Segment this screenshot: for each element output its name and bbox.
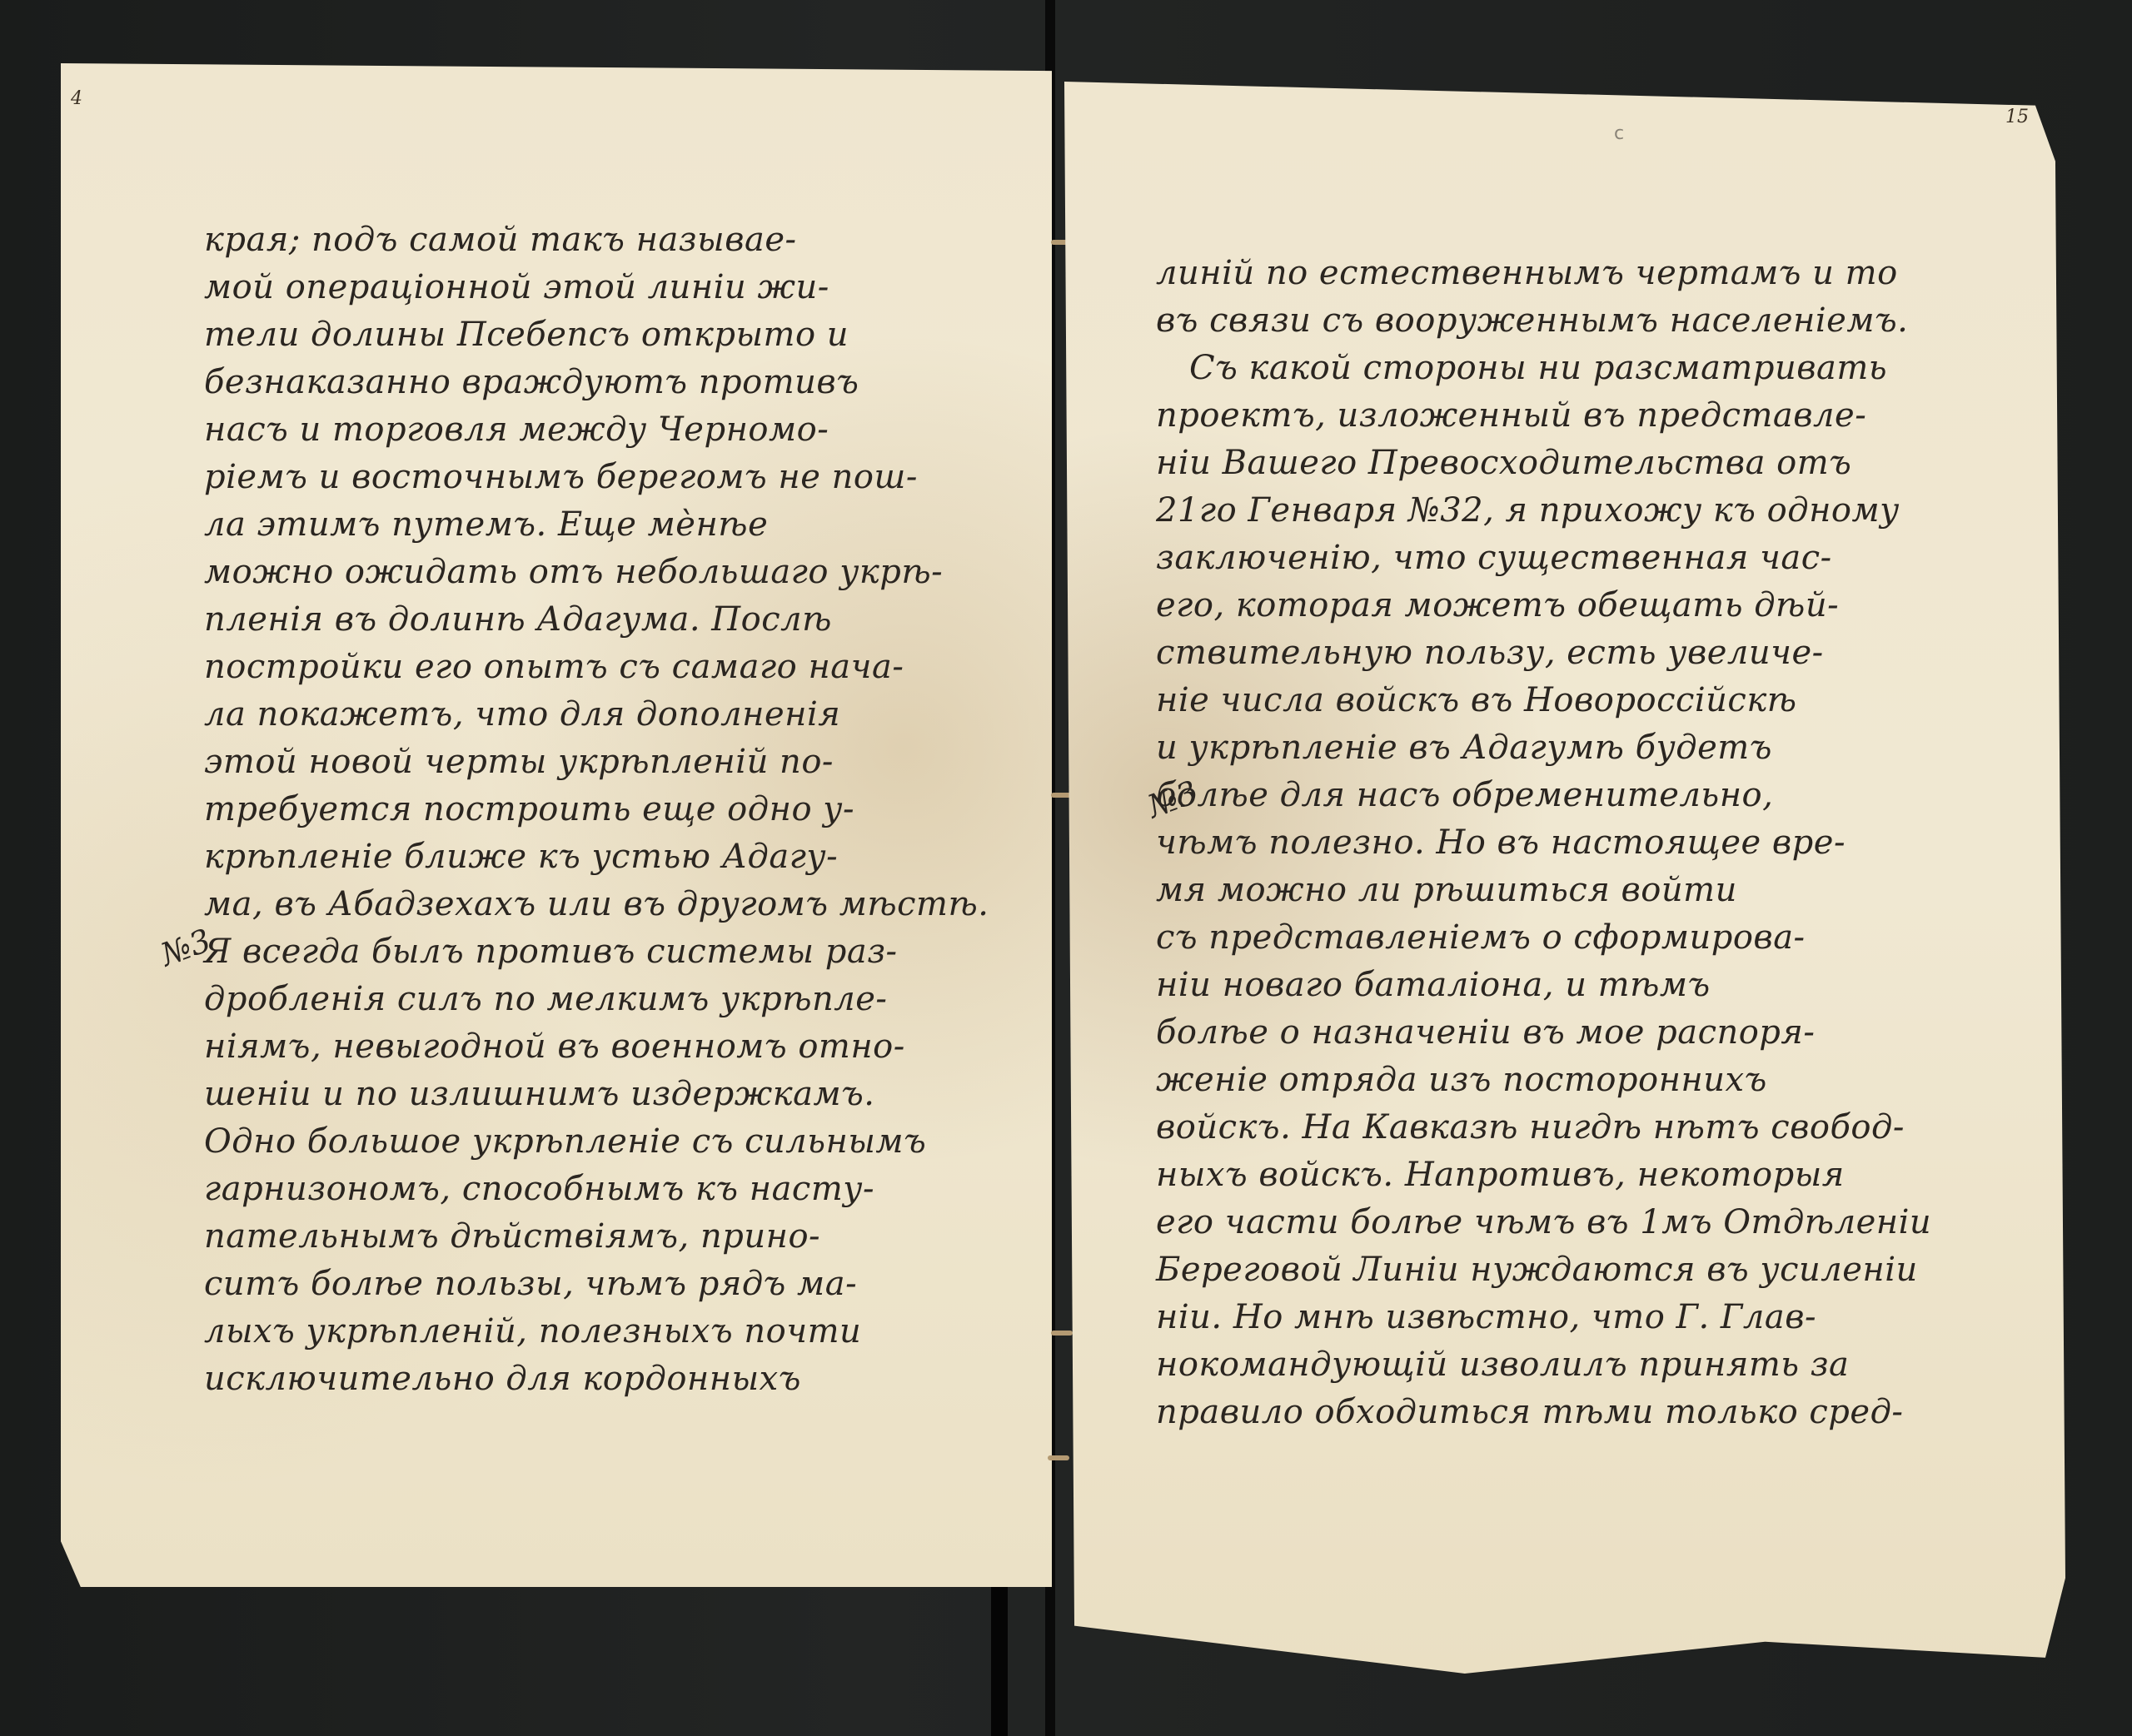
right-line-7: заключенію, что существенная час- [1156,541,1832,575]
left-line-4: безнаказанно враждуютъ противъ [204,366,859,399]
left-line-5: насъ и торговля между Черномо- [204,413,829,446]
binding-stitch [1051,1331,1073,1336]
right-page: с 15 №3 линій по естественнымъ чертамъ и… [1064,82,2065,1674]
right-line-2: въ связи съ вооруженнымъ населеніемъ. [1156,304,1908,337]
left-line-17: дробленія силъ по мелкимъ укрѣпле- [204,982,887,1016]
right-folio-mark: 15 [2005,107,2029,127]
left-line-1: края; подъ самой такъ называе- [204,223,797,256]
right-line-20: ныхъ войскъ. Напротивъ, некоторыя [1156,1158,1845,1191]
left-line-25: исключительно для кордонныхъ [204,1362,801,1395]
right-line-22: Береговой Линіи нуждаются въ усиленіи [1156,1253,1918,1286]
left-line-15: ма, въ Абадзехахъ или въ другомъ мѣстѣ. [204,888,989,921]
right-line-4: проектъ, изложенный въ представле- [1156,399,1866,432]
right-line-3: Съ какой стороны ни разсматривать [1189,351,1887,385]
right-line-17: болѣе о назначеніи въ мое распоря- [1156,1016,1815,1049]
left-line-24: лыхъ укрѣпленій, полезныхъ почти [204,1315,861,1348]
right-line-24: нокомандующій изволилъ принять за [1156,1348,1849,1381]
right-line-8: его, которая можетъ обещать дѣй- [1156,589,1839,622]
binding-stitch [1048,1455,1069,1460]
right-line-9: ствительную пользу, есть увеличе- [1156,636,1824,669]
pencil-mark: с [1614,123,1624,144]
left-line-22: пательнымъ дѣйствіямъ, прино- [204,1220,820,1253]
right-line-19: войскъ. На Кавказѣ нигдѣ нѣтъ свобод- [1156,1111,1905,1144]
right-line-23: ніи. Но мнѣ извѣстно, что Г. Глав- [1156,1301,1816,1334]
right-line-12: болѣе для насъ обременительно, [1156,778,1773,812]
right-line-25: правило обходиться тѣми только сред- [1156,1395,1903,1429]
left-line-7: ла этимъ путемъ. Еще мèнѣе [204,508,768,541]
right-line-16: ніи новаго баталіона, и тѣмъ [1156,968,1711,1002]
left-line-10: постройки его опытъ съ самаго нача- [204,650,904,684]
left-folio-mark: 4 [71,88,82,109]
left-page: 4 №3 края; подъ самой такъ называе- мой … [61,63,1052,1587]
left-line-9: пленія въ долинѣ Адагума. Послѣ [204,603,832,636]
right-line-18: женіе отряда изъ постороннихъ [1156,1063,1767,1097]
right-line-14: мя можно ли рѣшиться войти [1156,873,1737,907]
right-line-11: и укрѣпленіе въ Адагумѣ будетъ [1156,731,1772,764]
left-line-8: можно ожидать отъ небольшаго укрѣ- [204,555,943,589]
left-line-23: ситъ болѣе пользы, чѣмъ рядъ ма- [204,1267,857,1301]
left-line-12: этой новой черты укрѣпленій по- [204,745,834,778]
right-line-15: съ представленіемъ о сформирова- [1156,921,1806,954]
left-line-3: тели долины Псебепсъ открыто и [204,318,849,351]
right-line-21: его части болѣе чѣмъ въ 1мъ Отдѣленіи [1156,1206,1931,1239]
right-line-1: линій по естественнымъ чертамъ и то [1156,256,1898,290]
left-line-11: ла покажетъ, что для дополненія [204,698,840,731]
left-line-6: ріемъ и восточнымъ берегомъ не пош- [204,460,918,494]
right-line-13: чѣмъ полезно. Но въ настоящее вре- [1156,826,1846,859]
right-line-6: 21го Генваря №32, я прихожу къ одному [1156,494,1900,527]
left-line-16: Я всегда былъ противъ системы раз- [204,935,898,968]
left-line-20: Одно большое укрѣпленіе съ сильнымъ [204,1125,926,1158]
right-line-5: ніи Вашего Превосходительства отъ [1156,446,1851,480]
left-line-19: шеніи и по излишнимъ издержкамъ. [204,1077,875,1111]
left-line-18: ніямъ, невыгодной въ военномъ отно- [204,1030,905,1063]
left-line-13: требуется построить еще одно у- [204,793,854,826]
left-line-2: мой операціонной этой линіи жи- [204,271,829,304]
left-line-14: крѣпленіе ближе къ устью Адагу- [204,840,838,873]
right-line-10: ніе числа войскъ въ Новороссійскѣ [1156,684,1797,717]
left-line-21: гарнизономъ, способнымъ къ насту- [204,1172,874,1206]
binding-gutter-lower [991,1582,1008,1736]
